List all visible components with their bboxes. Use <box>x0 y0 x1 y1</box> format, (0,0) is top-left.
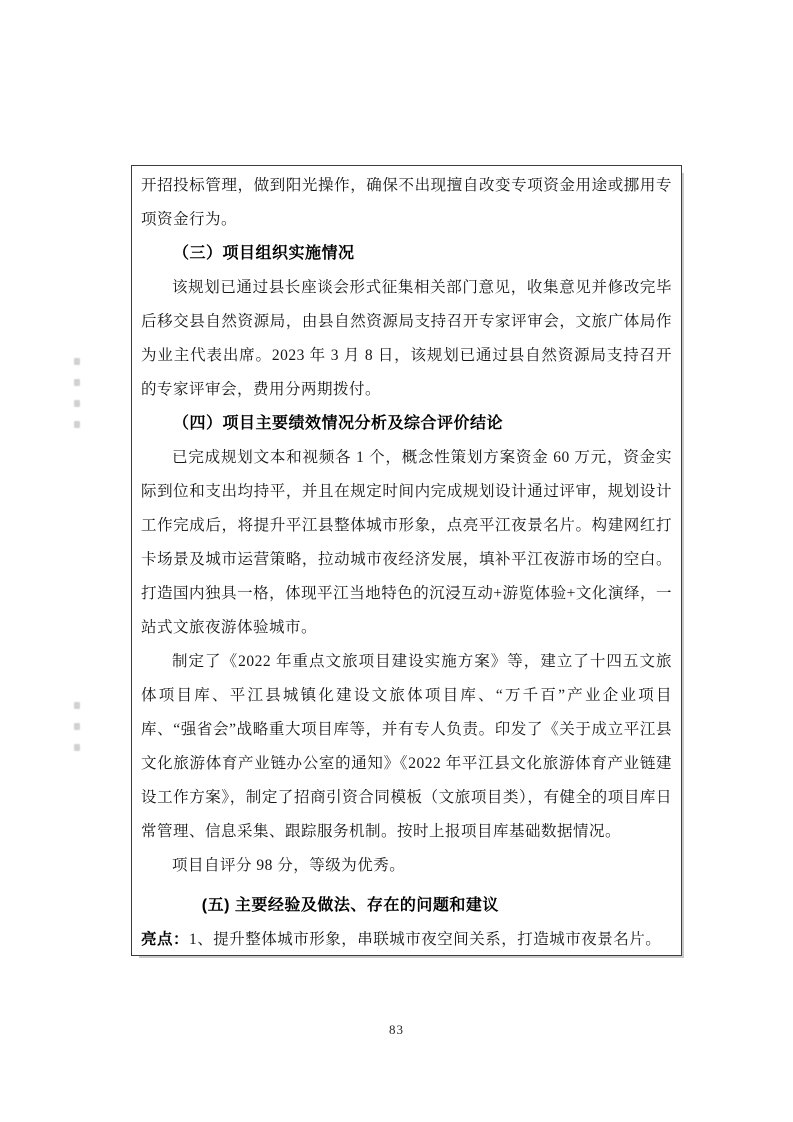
paragraph-highlights: 亮点：1、提升整体城市形象，串联城市夜空间关系，打造城市夜景名片。 <box>141 923 672 956</box>
section-heading-3: （三）项目组织实施情况 <box>141 237 672 271</box>
paragraph-project-library: 制定了《2022 年重点文旅项目建设实施方案》等，建立了十四五文旅体项目库、平江… <box>141 645 672 849</box>
paragraph-performance: 已完成规划文本和视频各 1 个，概念性策划方案资金 60 万元，资金实际到位和支… <box>141 441 672 645</box>
highlights-text: 1、提升整体城市形象，串联城市夜空间关系，打造城市夜景名片。 <box>189 931 661 948</box>
paragraph-self-score: 项目自评分 98 分，等级为优秀。 <box>141 849 672 883</box>
highlights-lead-label: 亮点： <box>141 931 189 948</box>
section-heading-5: (五) 主要经验及做法、存在的问题和建议 <box>141 889 672 923</box>
page-number: 83 <box>0 1022 793 1038</box>
left-margin-artifact <box>74 702 81 765</box>
paragraph-implementation: 该规划已通过县长座谈会形式征集相关部门意见，收集意见并修改完毕后移交县自然资源局… <box>141 271 672 407</box>
page-content-frame: 开招投标管理，做到阳光操作，确保不出现擅自改变专项资金用途或挪用专项资金行为。 … <box>131 165 682 956</box>
document-page: 开招投标管理，做到阳光操作，确保不出现擅自改变专项资金用途或挪用专项资金行为。 … <box>0 0 793 1122</box>
continuation-paragraph: 开招投标管理，做到阳光操作，确保不出现擅自改变专项资金用途或挪用专项资金行为。 <box>141 169 672 237</box>
left-margin-artifact <box>74 358 81 442</box>
section-heading-4: （四）项目主要绩效情况分析及综合评价结论 <box>141 407 672 441</box>
